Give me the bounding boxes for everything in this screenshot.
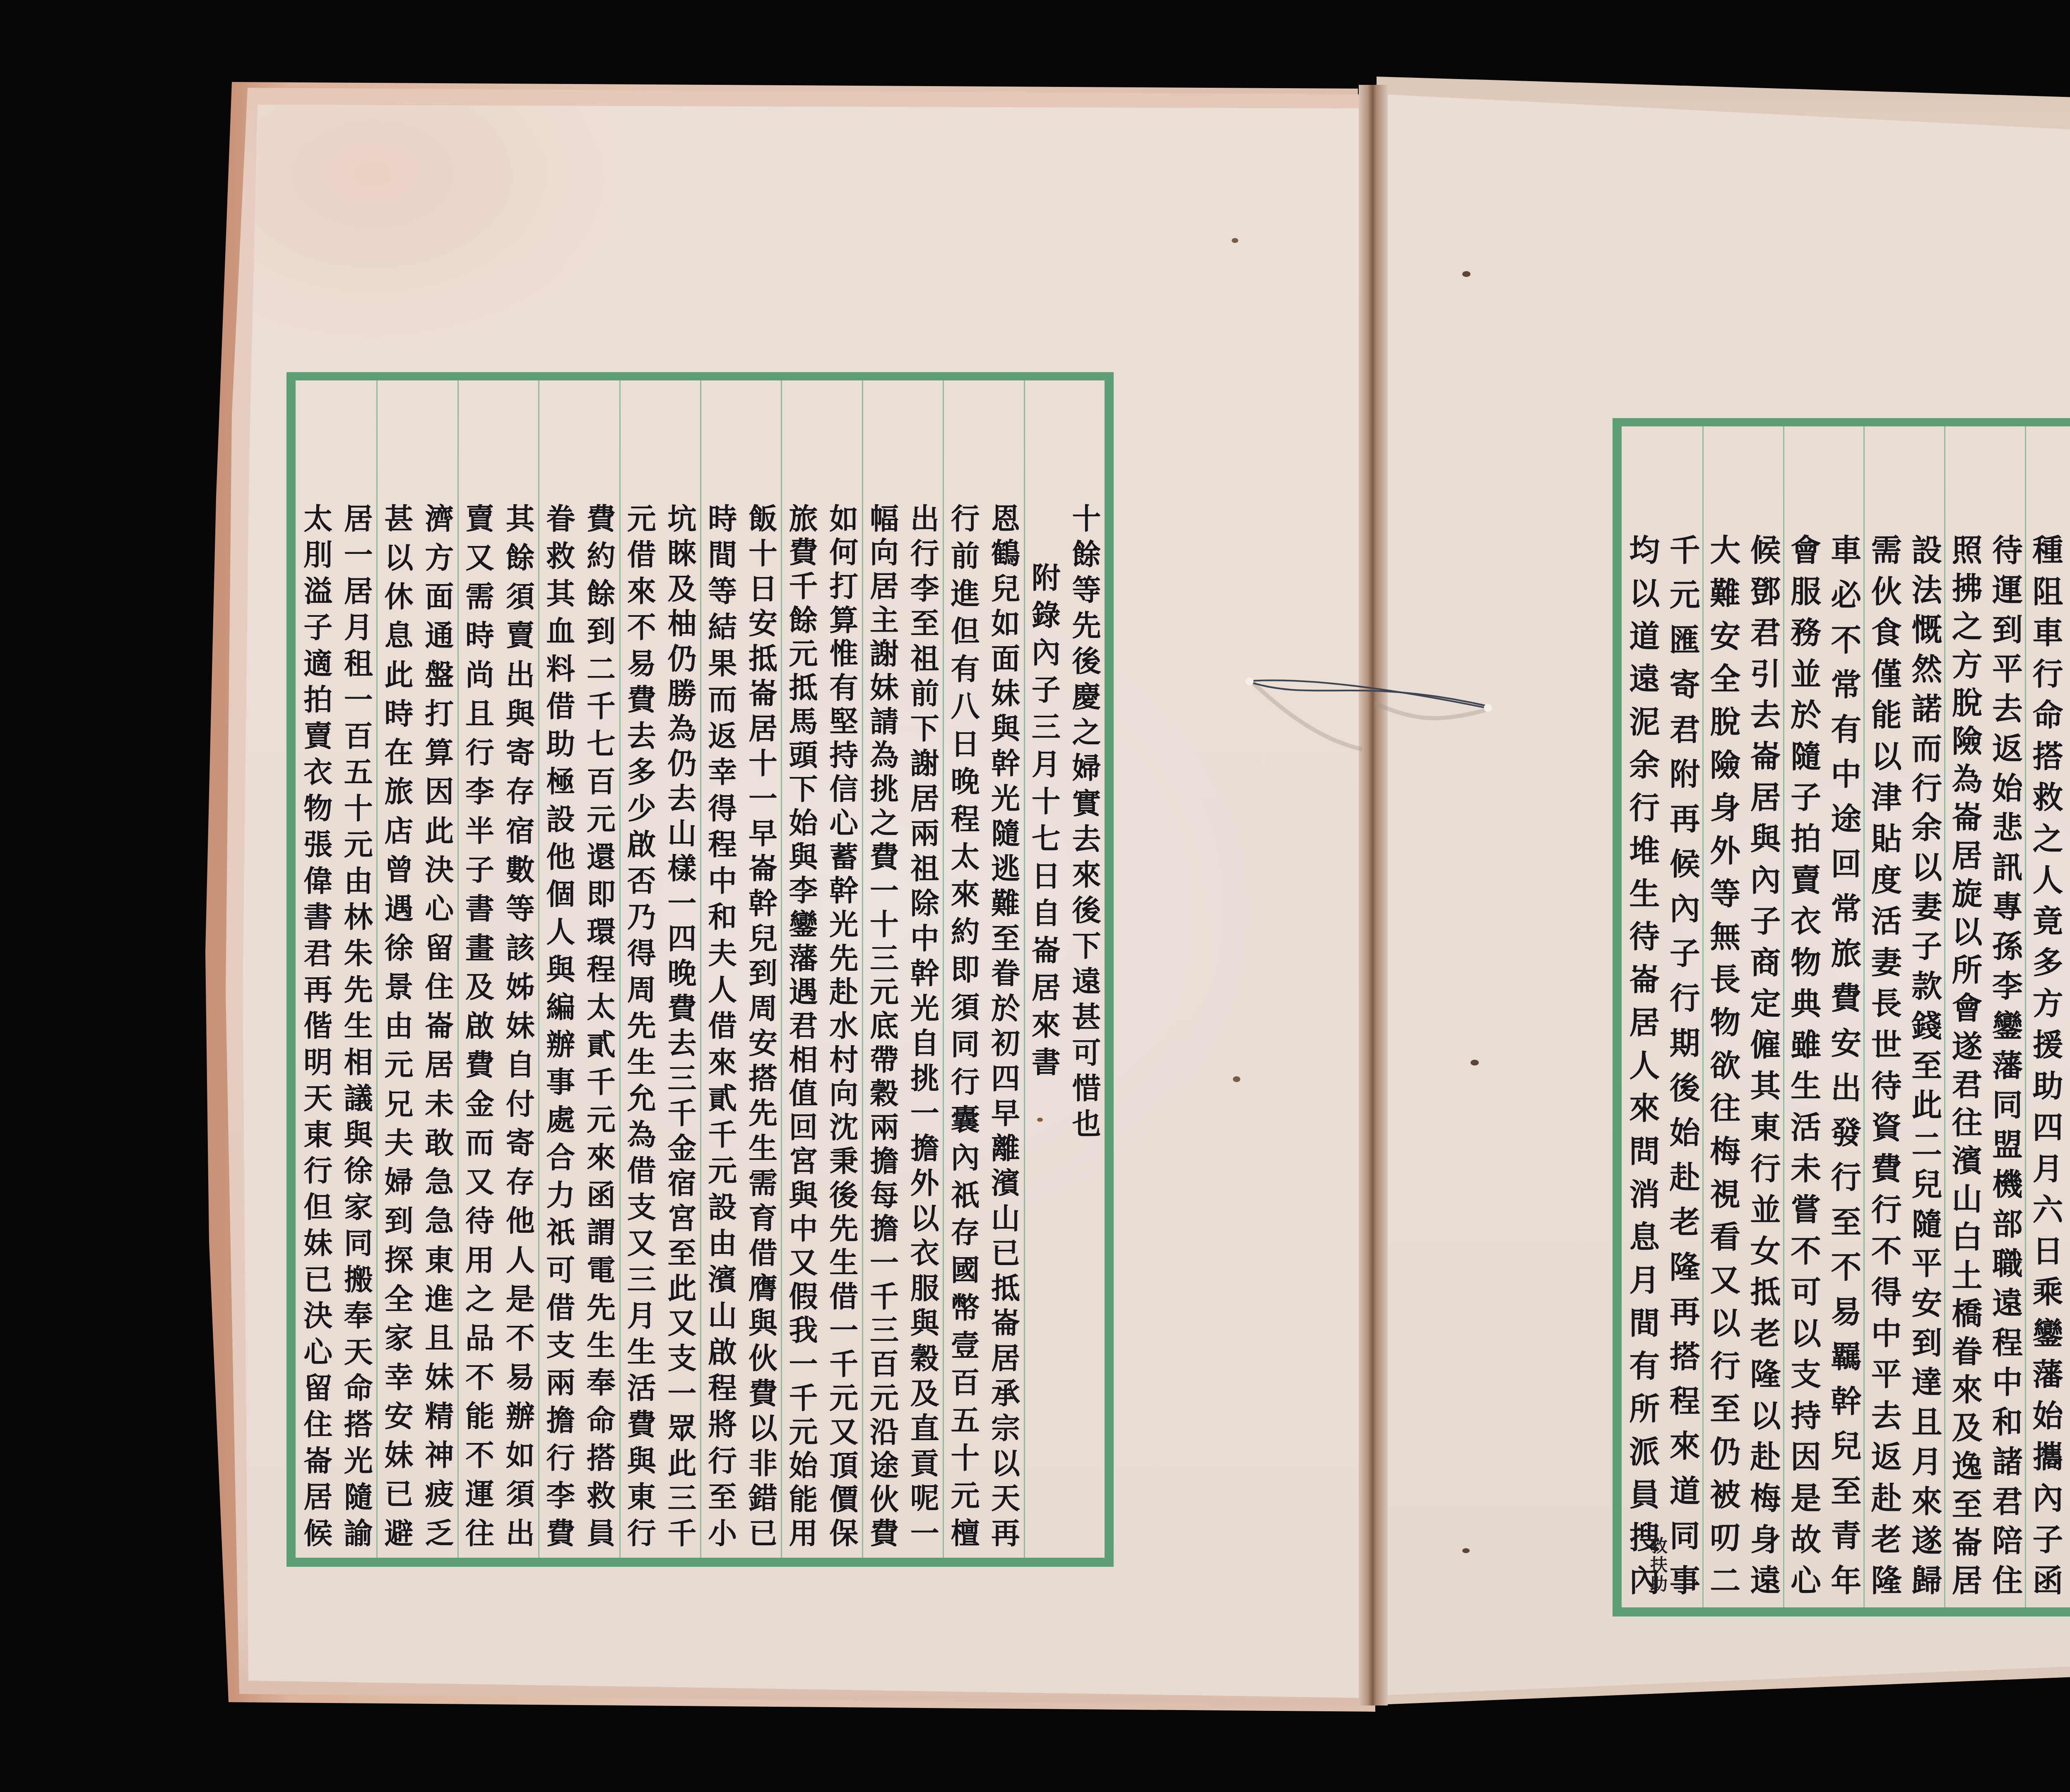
text-column: 種阻車行命搭救之人竟多方援助四月六日乘鑾藩始攜內子函	[2025, 426, 2065, 1607]
title-column: 附錄內子三月十七日自崙居來書	[1024, 380, 1064, 1558]
binding-thread-icon	[1238, 646, 1503, 753]
text-column: 太刖溢子適拍賣衣物張偉書君再偕明天東行但妹已決心留住崙居候	[296, 380, 336, 1558]
text-column: 待運到平去返始悲訊專孫李鑾藩同盟機部職遠程中和諸君陪住	[1985, 426, 2025, 1607]
text-column: 幅向居主謝妹請為挑之費一十三元底帶穀兩擔每擔一千三百元沿途伙費	[862, 380, 903, 1558]
text-column: 會服務並於隨子拍賣衣物典雖生活未嘗不可以支持因是故心	[1783, 426, 1823, 1607]
paper-hole-mark	[1462, 1548, 1470, 1553]
text-column: 坑睞及柚仍勝為仍去山樣一四晚費去三千金宿宮至此又支一眾此三千	[660, 380, 700, 1558]
margin-note: 救扶助	[1649, 1537, 1667, 1594]
right-page-ruled-frame: 能助親知推解恐不逮助人即自助此理應三復嗟 余竄邊城欲往程莫縮尺素馳心魂如展流帳軸…	[1613, 418, 2070, 1616]
paper-hole-mark	[1233, 1076, 1240, 1082]
text-column: 照拂之方脫險為崙居旋以所會遂君往濱山白土橋眷來及逸至崙居	[1944, 426, 1984, 1607]
text-column: 車必不常有中途回常旅費安出發行至不易羈幹兒至青年	[1823, 426, 1863, 1607]
text-column: 飯十日安抵崙居十一早崙幹兒到周安搭先生需育借膺與伙費以非錯已	[741, 380, 781, 1558]
paper-hole-mark	[1471, 1060, 1479, 1066]
text-column: 十餘等先後慶之婦實去來後下遠甚可惜也	[1064, 380, 1105, 1558]
paper-hole-mark	[1232, 238, 1238, 243]
text-column: 居一居月租一百五十元由林朱先生相議與徐家同搬奉天命搭光隨諭	[336, 380, 377, 1558]
text-column: 眷救其血料借助極設他個人與編辦事處合力祇可借支兩擔行李費	[538, 380, 579, 1558]
text-column: 甚以休息此時在旅店曾遇徐景由元兄夫婦到探全家幸安妹已避	[376, 380, 417, 1558]
text-column: 濟方面通盤打算因此決心留住崙居未敢急急東進且妹精神疲乏	[417, 380, 457, 1558]
text-column: 費約餘到二千七百元還即環程太貳千元來函謂電先生奉命搭救員	[579, 380, 619, 1558]
text-column: 元借來不易費去多少啟否乃得周先生允為借支又三月生活費與東行	[619, 380, 660, 1558]
text-column: 候鄧君引去崙居與內子商定僱其東行並女抵老隆以赴梅身遠	[1743, 426, 1783, 1607]
text-column: 千元匯寄君附再候內子行期後始赴老隆再搭程來道同事	[1662, 426, 1702, 1607]
text-column: 其餘須賣出與寄存宿數等該姊妹自付寄存他人是不易辦如須出	[498, 380, 538, 1558]
book-gutter-fold	[1359, 85, 1388, 1705]
text-column: 行前進但有八日晚程太來約即須同行囊內祇存國幣壹百五十元檀	[943, 380, 983, 1558]
text-column: 出行李至祖前下謝居兩祖除中幹光自挑一擔外以衣服與穀及直貢呢一	[902, 380, 943, 1558]
text-column: 大難安全脫險身外等無長物欲往梅視看又以行至仍被叨二	[1702, 426, 1743, 1607]
text-column: 賣又需時尚且行李半子書畫及啟費金而又待用之品不能不運往	[457, 380, 498, 1558]
left-page-ruled-frame: 十餘等先後慶之婦實去來後下遠甚可惜也 附錄內子三月十七日自崙居來書 恩鶴兒如面妹…	[286, 372, 1114, 1567]
text-column: 恩鶴兒如面妹與幹光隨逃難至眷於初四早離濱山已抵崙居承宗以天再	[983, 380, 1024, 1558]
text-column: 旅費千餘元抵馬頭下始與李鑾藩遇君相值回宮與中又假我一千元始能用	[781, 380, 821, 1558]
text-column: 如何打算惟有堅持信心蓄幹光先赴水村向沈秉後先生借一千元又頂價保	[821, 380, 862, 1558]
text-column: 時間等結果而返幸得程中和夫人借來貳千元設由濱山啟程將行至小	[700, 380, 741, 1558]
text-column: 光隨朱成東行兩內子與幹光留濮濱山同人多攜書至我剛至日間	[2065, 426, 2070, 1607]
paper-hole-mark	[1462, 271, 1471, 277]
text-column: 設法慨然諾而行余以妻子款錢至此二兒隨平安到達且月來遂歸	[1904, 426, 1944, 1607]
text-column: 需伙食僅能以津貼度活妻長世待資費行不得中平去返赴老隆	[1863, 426, 1904, 1607]
text-column: 均以道遠泥余行堆生待崙居人來問消息月間有所派員搜內	[1622, 426, 1662, 1607]
